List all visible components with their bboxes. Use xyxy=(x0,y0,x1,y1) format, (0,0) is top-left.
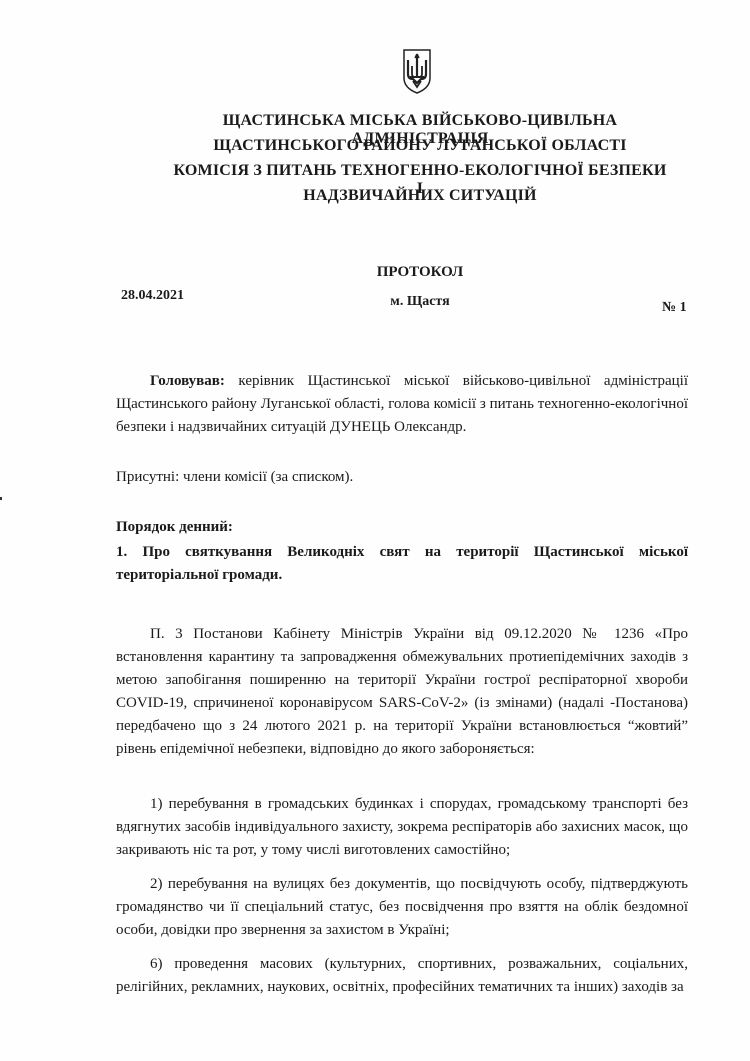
document-page: ЩАСТИНСЬКА МІСЬКА ВІЙСЬКОВО-ЦИВІЛЬНА АДМ… xyxy=(0,0,750,1061)
protocol-date: 28.04.2021 xyxy=(121,288,184,304)
main-paragraph: П. 3 Постанови Кабінету Міністрів Україн… xyxy=(116,623,688,761)
protocol-title: ПРОТОКОЛ xyxy=(320,264,520,281)
list-item: 6) проведення масових (культурних, спорт… xyxy=(116,953,688,999)
protocol-number: № 1 xyxy=(662,300,687,316)
scan-margin-mark xyxy=(0,497,2,500)
chair-paragraph: Головував: керівник Щастинської міської … xyxy=(116,370,688,439)
agenda-item: 1. Про святкування Великодніх свят на те… xyxy=(116,541,688,587)
present-paragraph: Присутні: члени комісії (за списком). xyxy=(116,466,688,489)
list-item: 1) перебування в громадських будинках і … xyxy=(116,793,688,862)
ukraine-coat-of-arms-icon xyxy=(402,48,432,94)
chair-label: Головував: xyxy=(150,373,225,389)
protocol-city: м. Щастя xyxy=(320,294,520,310)
header-region: ЩАСТИНСЬКОГО РАЙОНУ ЛУГАНСЬКОЇ ОБЛАСТІ xyxy=(170,137,670,155)
agenda-label: Порядок денний: xyxy=(116,516,688,539)
list-item: 2) перебування на вулицях без документів… xyxy=(116,873,688,942)
header-commission-cont: НАДЗВИЧАЙНИХ СИТУАЦІЙ xyxy=(170,187,670,205)
